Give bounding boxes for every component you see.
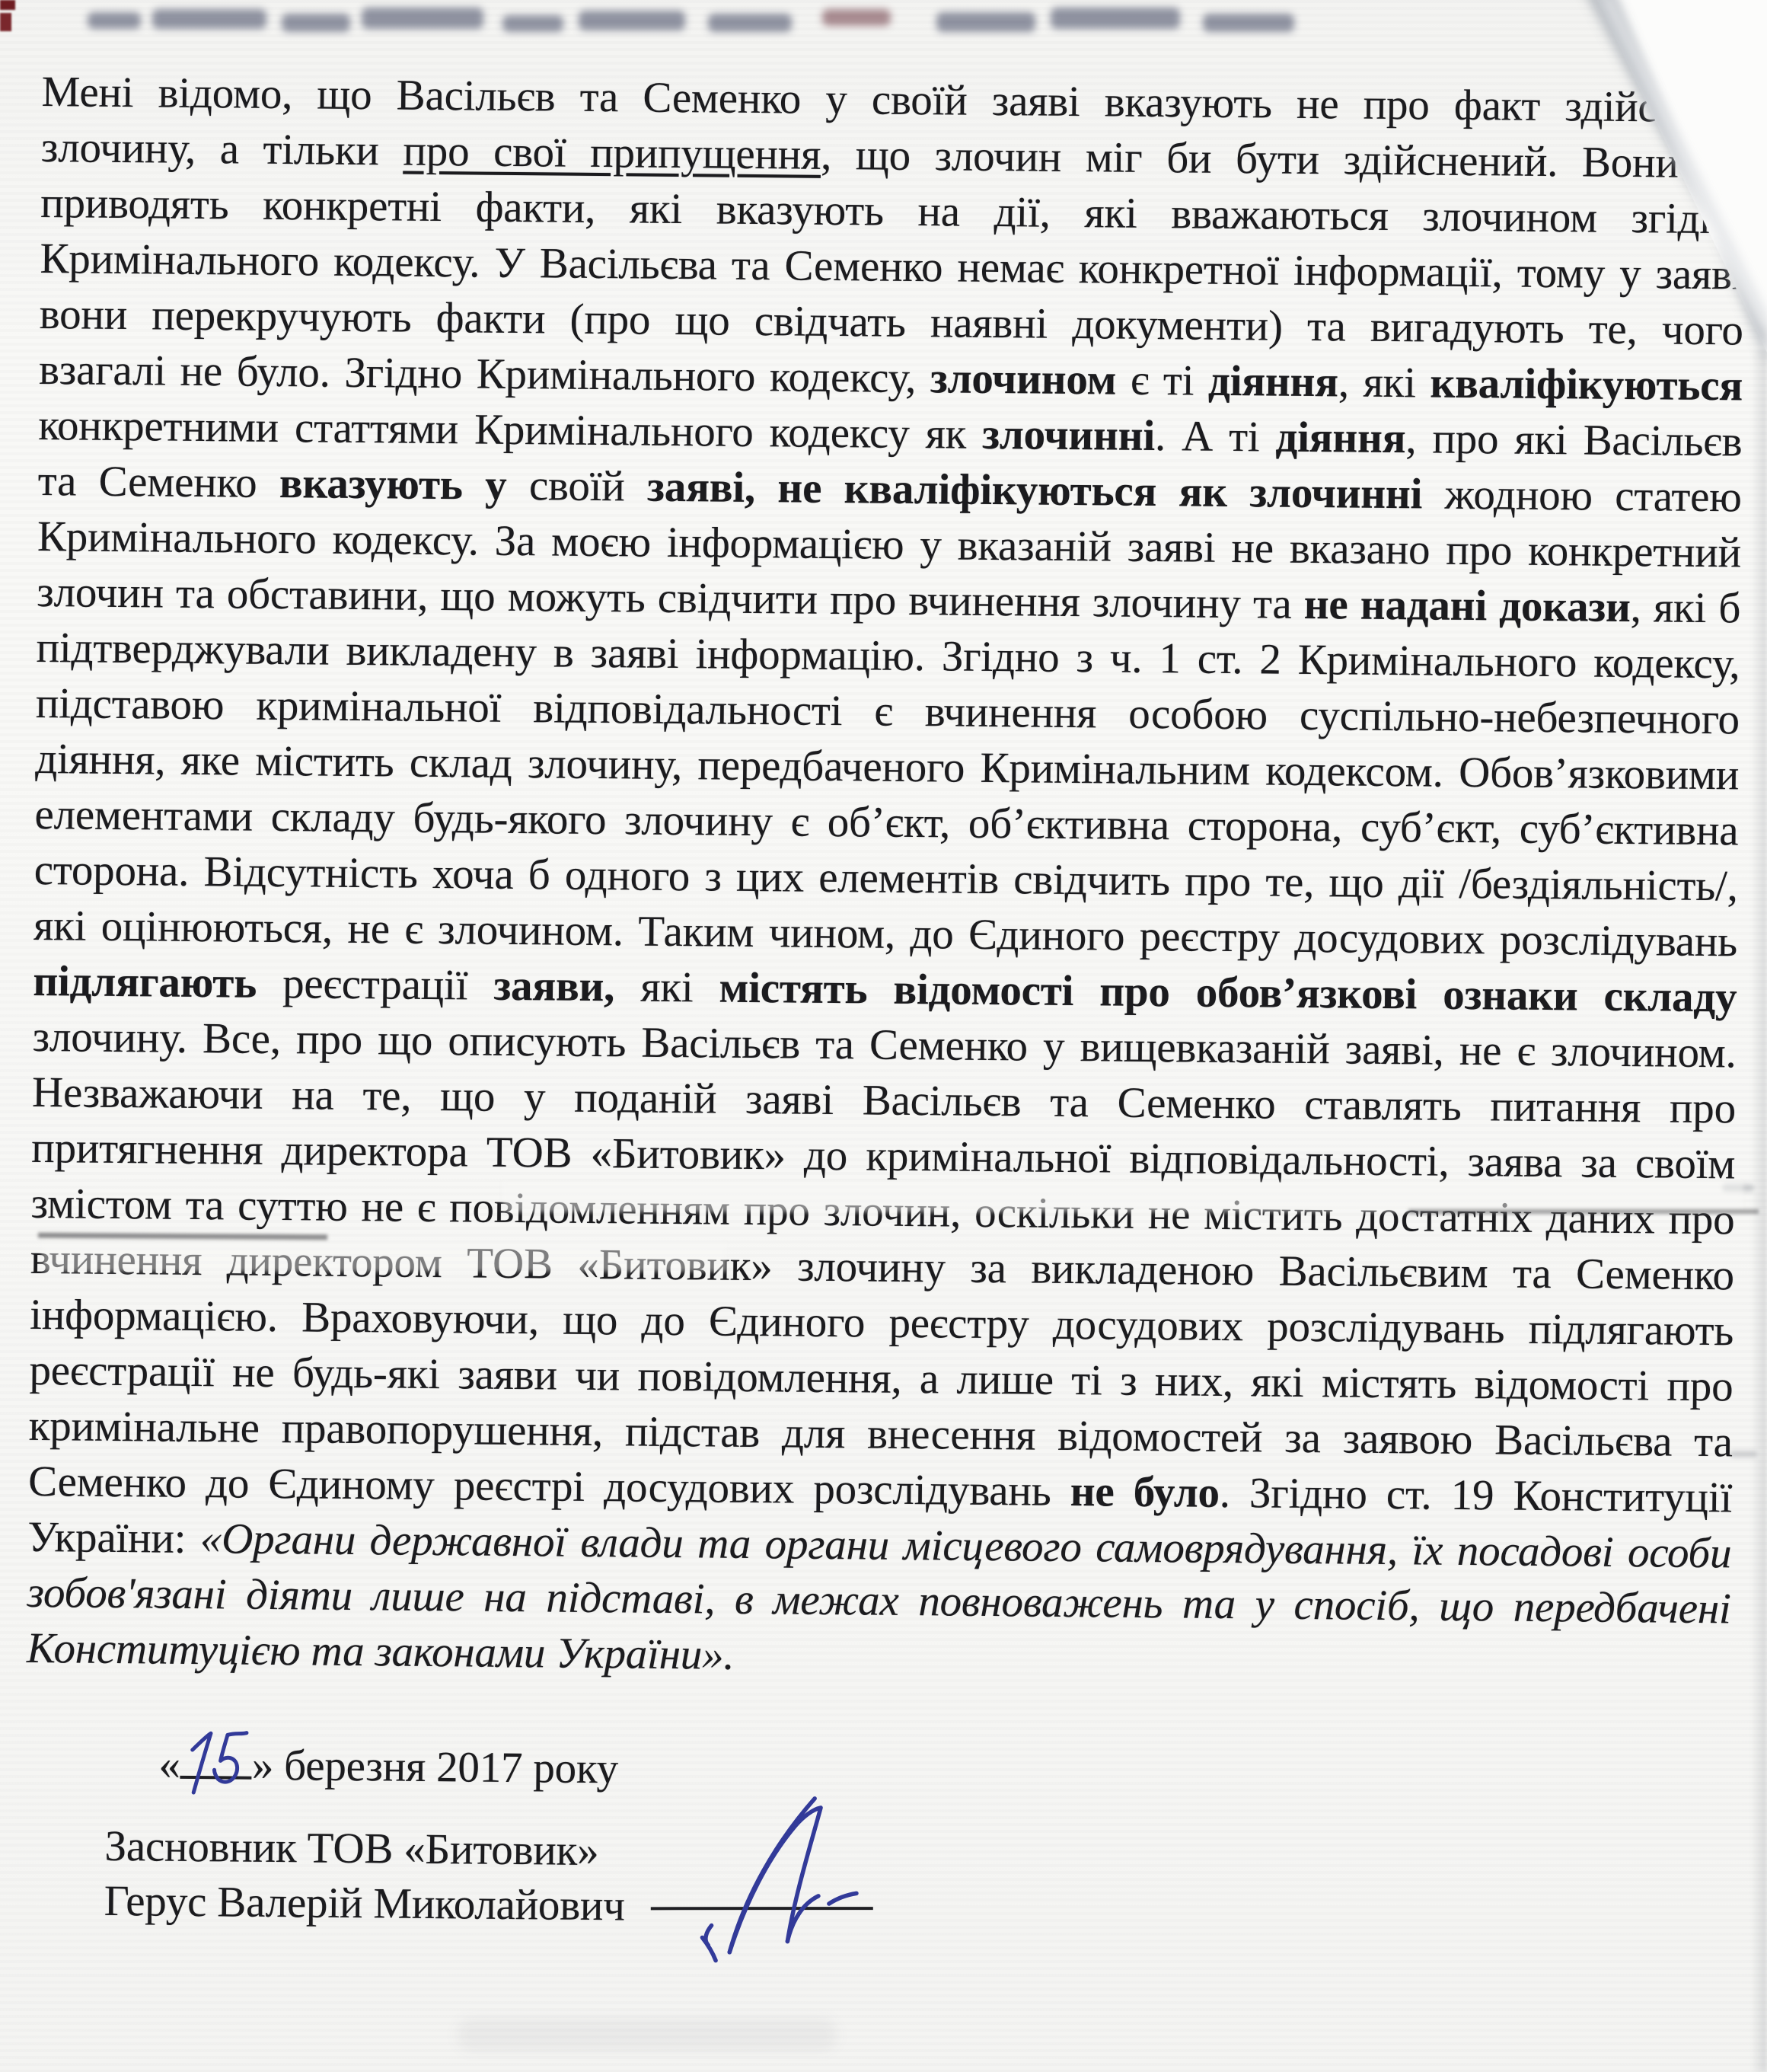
scan-artifact-red-mark bbox=[0, 0, 15, 10]
scan-artifact-red-mark bbox=[0, 13, 11, 31]
scan-artifact-smudge bbox=[457, 2018, 837, 2051]
handwritten-day-ink bbox=[181, 1727, 252, 1804]
date-rest: » березня 2017 року bbox=[252, 1742, 619, 1793]
scan-artifact-ghost-line bbox=[88, 6, 1610, 41]
date-line: « » березня 2017 року bbox=[158, 1733, 618, 1793]
document-content: Мені відомо, що Васільєв та Семенко у св… bbox=[27, 64, 1746, 1692]
scan-artifact-dash bbox=[1730, 1451, 1757, 1457]
scan-artifact-page-edge bbox=[1751, 350, 1767, 2072]
handwritten-day bbox=[180, 1733, 253, 1780]
date-open-quote: « bbox=[158, 1741, 180, 1789]
signature-ink bbox=[638, 1788, 898, 1969]
body-paragraph: Мені відомо, що Васільєв та Семенко у св… bbox=[27, 64, 1746, 1692]
signature-block: Засновник ТОВ «Битовик» Герус Валерій Ми… bbox=[104, 1819, 625, 1934]
signature-name: Герус Валерій Миколайович bbox=[104, 1874, 625, 1934]
scanned-document-page: { "page": { "kind": "scanned Ukrainian l… bbox=[0, 0, 1767, 2072]
signature-role: Засновник ТОВ «Битовик» bbox=[104, 1819, 626, 1879]
